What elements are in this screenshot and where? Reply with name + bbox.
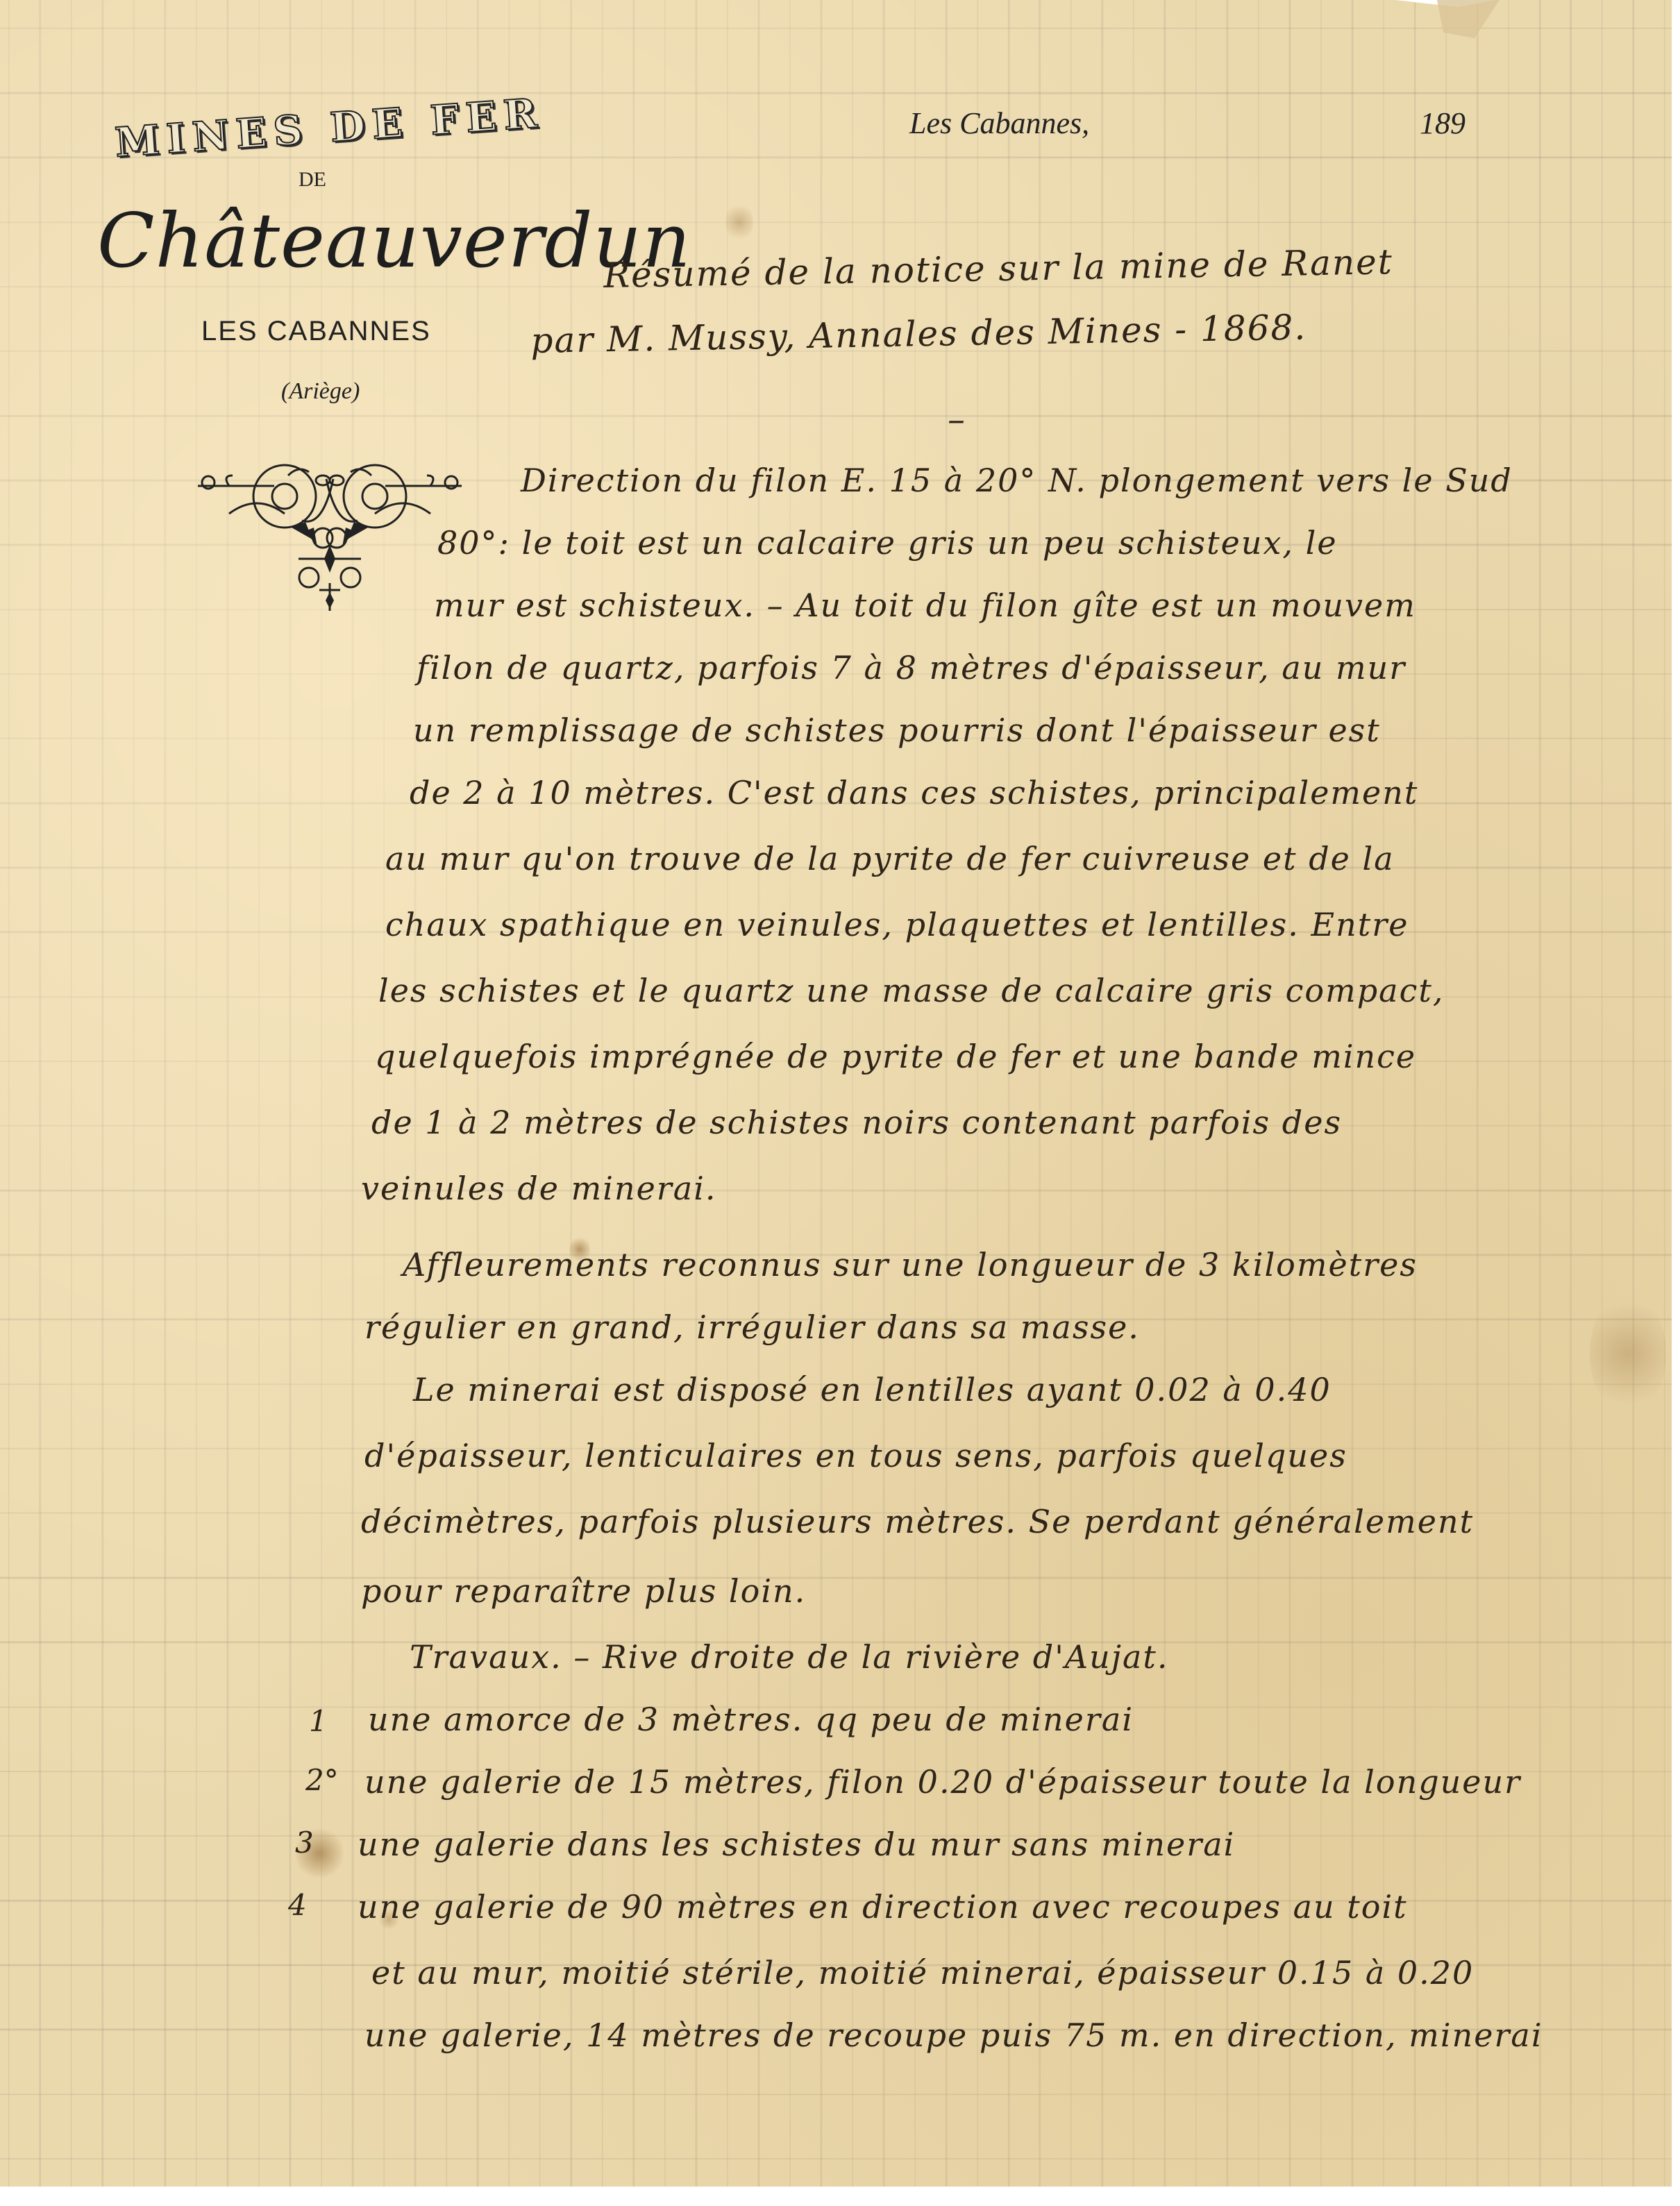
dateline-place: Les Cabannes, (909, 106, 1089, 141)
stain (1590, 1291, 1666, 1416)
scrollwork-ornament-icon (177, 444, 482, 611)
body-line: les schistes et le quartz une masse de c… (378, 972, 1444, 1009)
work-item-text: une amorce de 3 mètres. qq peu de minera… (368, 1701, 1134, 1738)
work-item-number: 4 (288, 1888, 307, 1922)
work-item-text: une galerie, 14 mètres de recoupe puis 7… (364, 2016, 1543, 2054)
body-line: Direction du filon E. 15 à 20° N. plonge… (521, 462, 1513, 499)
body-line: au mur qu'on trouve de la pyrite de fer … (385, 840, 1395, 877)
body-line: pour reparaître plus loin. (361, 1572, 806, 1610)
stain (725, 201, 753, 243)
body-line: Affleurements reconnus sur une longueur … (403, 1246, 1418, 1283)
letterhead-region: (Ariège) (281, 378, 360, 405)
body-line: décimètres, parfois plusieurs mètres. Se… (361, 1503, 1474, 1540)
body-line: chaux spathique en veinules, plaquettes … (385, 906, 1409, 943)
body-line: veinules de minerai. (361, 1170, 717, 1207)
company-name: Châteauverdun (97, 198, 691, 285)
work-item-text: une galerie dans les schistes du mur san… (358, 1826, 1235, 1863)
work-item-text: une galerie de 90 mètres en direction av… (358, 1888, 1408, 1926)
work-item-number: 2° (305, 1763, 339, 1797)
work-item-number: 3 (295, 1826, 314, 1860)
letterhead-de: DE (299, 168, 326, 192)
letterhead-location: LES CABANNES (201, 316, 431, 347)
body-line: de 2 à 10 mètres. C'est dans ces schiste… (410, 774, 1418, 811)
body-line: Le minerai est disposé en lentilles ayan… (413, 1371, 1332, 1408)
body-line: quelquefois imprégnée de pyrite de fer e… (375, 1038, 1416, 1075)
body-line: un remplissage de schistes pourris dont … (413, 712, 1381, 749)
title-separator: – (948, 399, 966, 439)
work-item-number: 1 (309, 1704, 328, 1738)
body-line: régulier en grand, irrégulier dans sa ma… (364, 1308, 1140, 1346)
body-line: de 1 à 2 mètres de schistes noirs conten… (371, 1104, 1342, 1141)
work-item-text: et au mur, moitié stérile, moitié minera… (371, 1954, 1474, 1992)
dateline-year: 189 (1420, 106, 1465, 141)
body-line: d'épaisseur, lenticulaires en tous sens,… (364, 1437, 1347, 1474)
body-line: 80°: le toit est un calcaire gris un peu… (437, 524, 1338, 562)
body-line: mur est schisteux. – Au toit du filon gî… (434, 587, 1416, 624)
work-item-text: une galerie de 15 mètres, filon 0.20 d'é… (364, 1763, 1521, 1801)
travaux-heading: Travaux. – Rive droite de la rivière d'A… (410, 1638, 1169, 1676)
body-line: filon de quartz, parfois 7 à 8 mètres d'… (417, 649, 1406, 687)
